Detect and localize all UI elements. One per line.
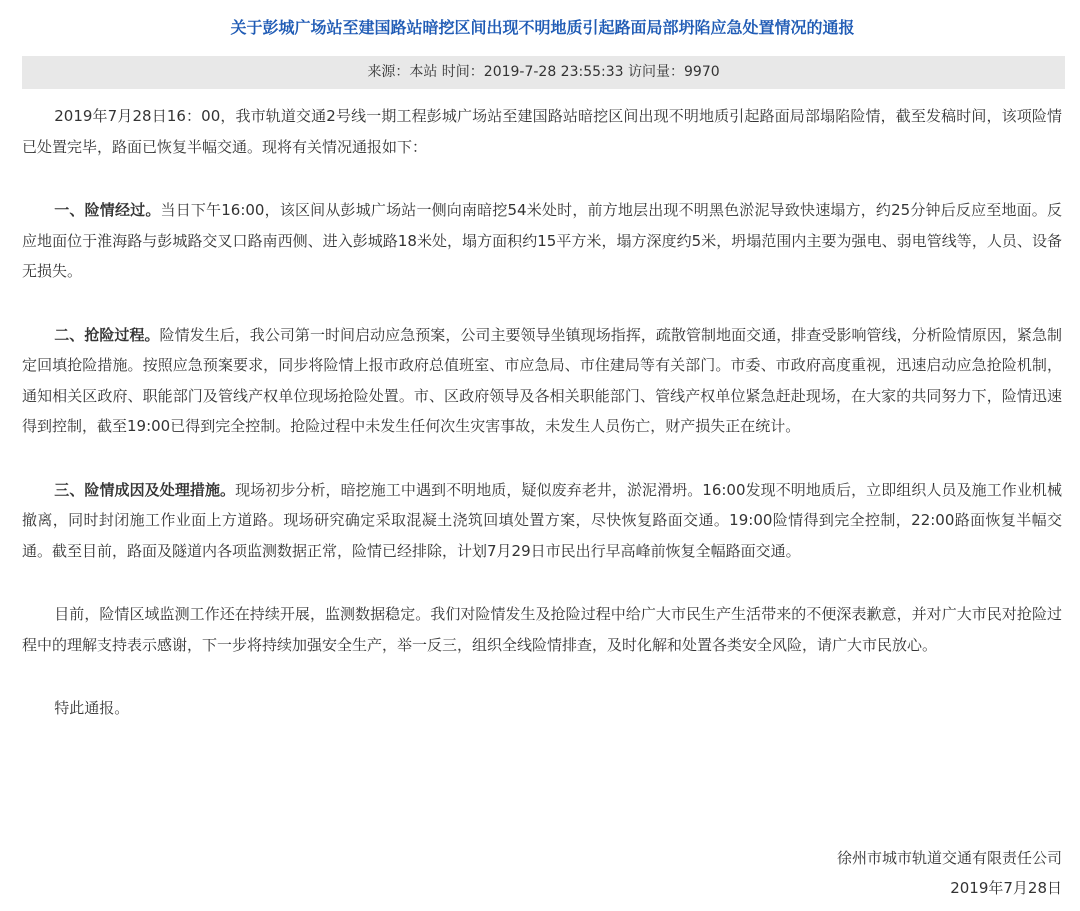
paragraph-text: 特此通报。 (54, 699, 129, 717)
signature-organization: 徐州市城市轨道交通有限责任公司 (837, 843, 1062, 873)
article-title: 关于彭城广场站至建国路站暗挖区间出现不明地质引起路面局部坍陷应急处置情况的通报 (0, 16, 1080, 40)
paragraph-text: 险情发生后，我公司第一时间启动应急预案，公司主要领导坐镇现场指挥，疏散管制地面交… (22, 326, 1062, 436)
source-label: 来源： (367, 64, 409, 80)
paragraph-section-2: 二、抢险过程。险情发生后，我公司第一时间启动应急预案，公司主要领导坐镇现场指挥，… (22, 320, 1062, 442)
paragraph-section-3: 三、险情成因及处理措施。现场初步分析，暗挖施工中遇到不明地质，疑似废弃老井，淤泥… (22, 475, 1062, 567)
publish-time: 2019-7-28 23:55:33 (484, 64, 624, 80)
article-meta-bar: 来源：本站 时间：2019-7-28 23:55:33 访问量：9970 (22, 56, 1065, 89)
time-label: 时间： (442, 64, 484, 80)
paragraph-notice: 特此通报。 (22, 693, 1062, 724)
section-heading: 三、险情成因及处理措施。 (54, 481, 235, 499)
paragraph-section-1: 一、险情经过。当日下午16:00，该区间从彭城广场站一侧向南暗挖54米处时，前方… (22, 195, 1062, 287)
signature-date: 2019年7月28日 (837, 873, 1062, 903)
view-count: 9970 (684, 64, 720, 80)
paragraph-closing: 目前，险情区域监测工作还在持续开展，监测数据稳定。我们对险情发生及抢险过程中给广… (22, 599, 1062, 660)
source-value: 本站 (409, 64, 437, 80)
paragraph-text: 目前，险情区域监测工作还在持续开展，监测数据稳定。我们对险情发生及抢险过程中给广… (22, 605, 1062, 654)
section-heading: 一、险情经过。 (54, 201, 160, 219)
section-heading: 二、抢险过程。 (54, 326, 159, 344)
signature-block: 徐州市城市轨道交通有限责任公司 2019年7月28日 (837, 843, 1062, 903)
paragraph-intro: 2019年7月28日16：00，我市轨道交通2号线一期工程彭城广场站至建国路站暗… (22, 101, 1062, 162)
article-body: 2019年7月28日16：00，我市轨道交通2号线一期工程彭城广场站至建国路站暗… (22, 101, 1062, 757)
views-label: 访问量： (628, 64, 684, 80)
paragraph-text: 当日下午16:00，该区间从彭城广场站一侧向南暗挖54米处时，前方地层出现不明黑… (22, 201, 1062, 280)
paragraph-text: 2019年7月28日16：00，我市轨道交通2号线一期工程彭城广场站至建国路站暗… (22, 107, 1062, 156)
